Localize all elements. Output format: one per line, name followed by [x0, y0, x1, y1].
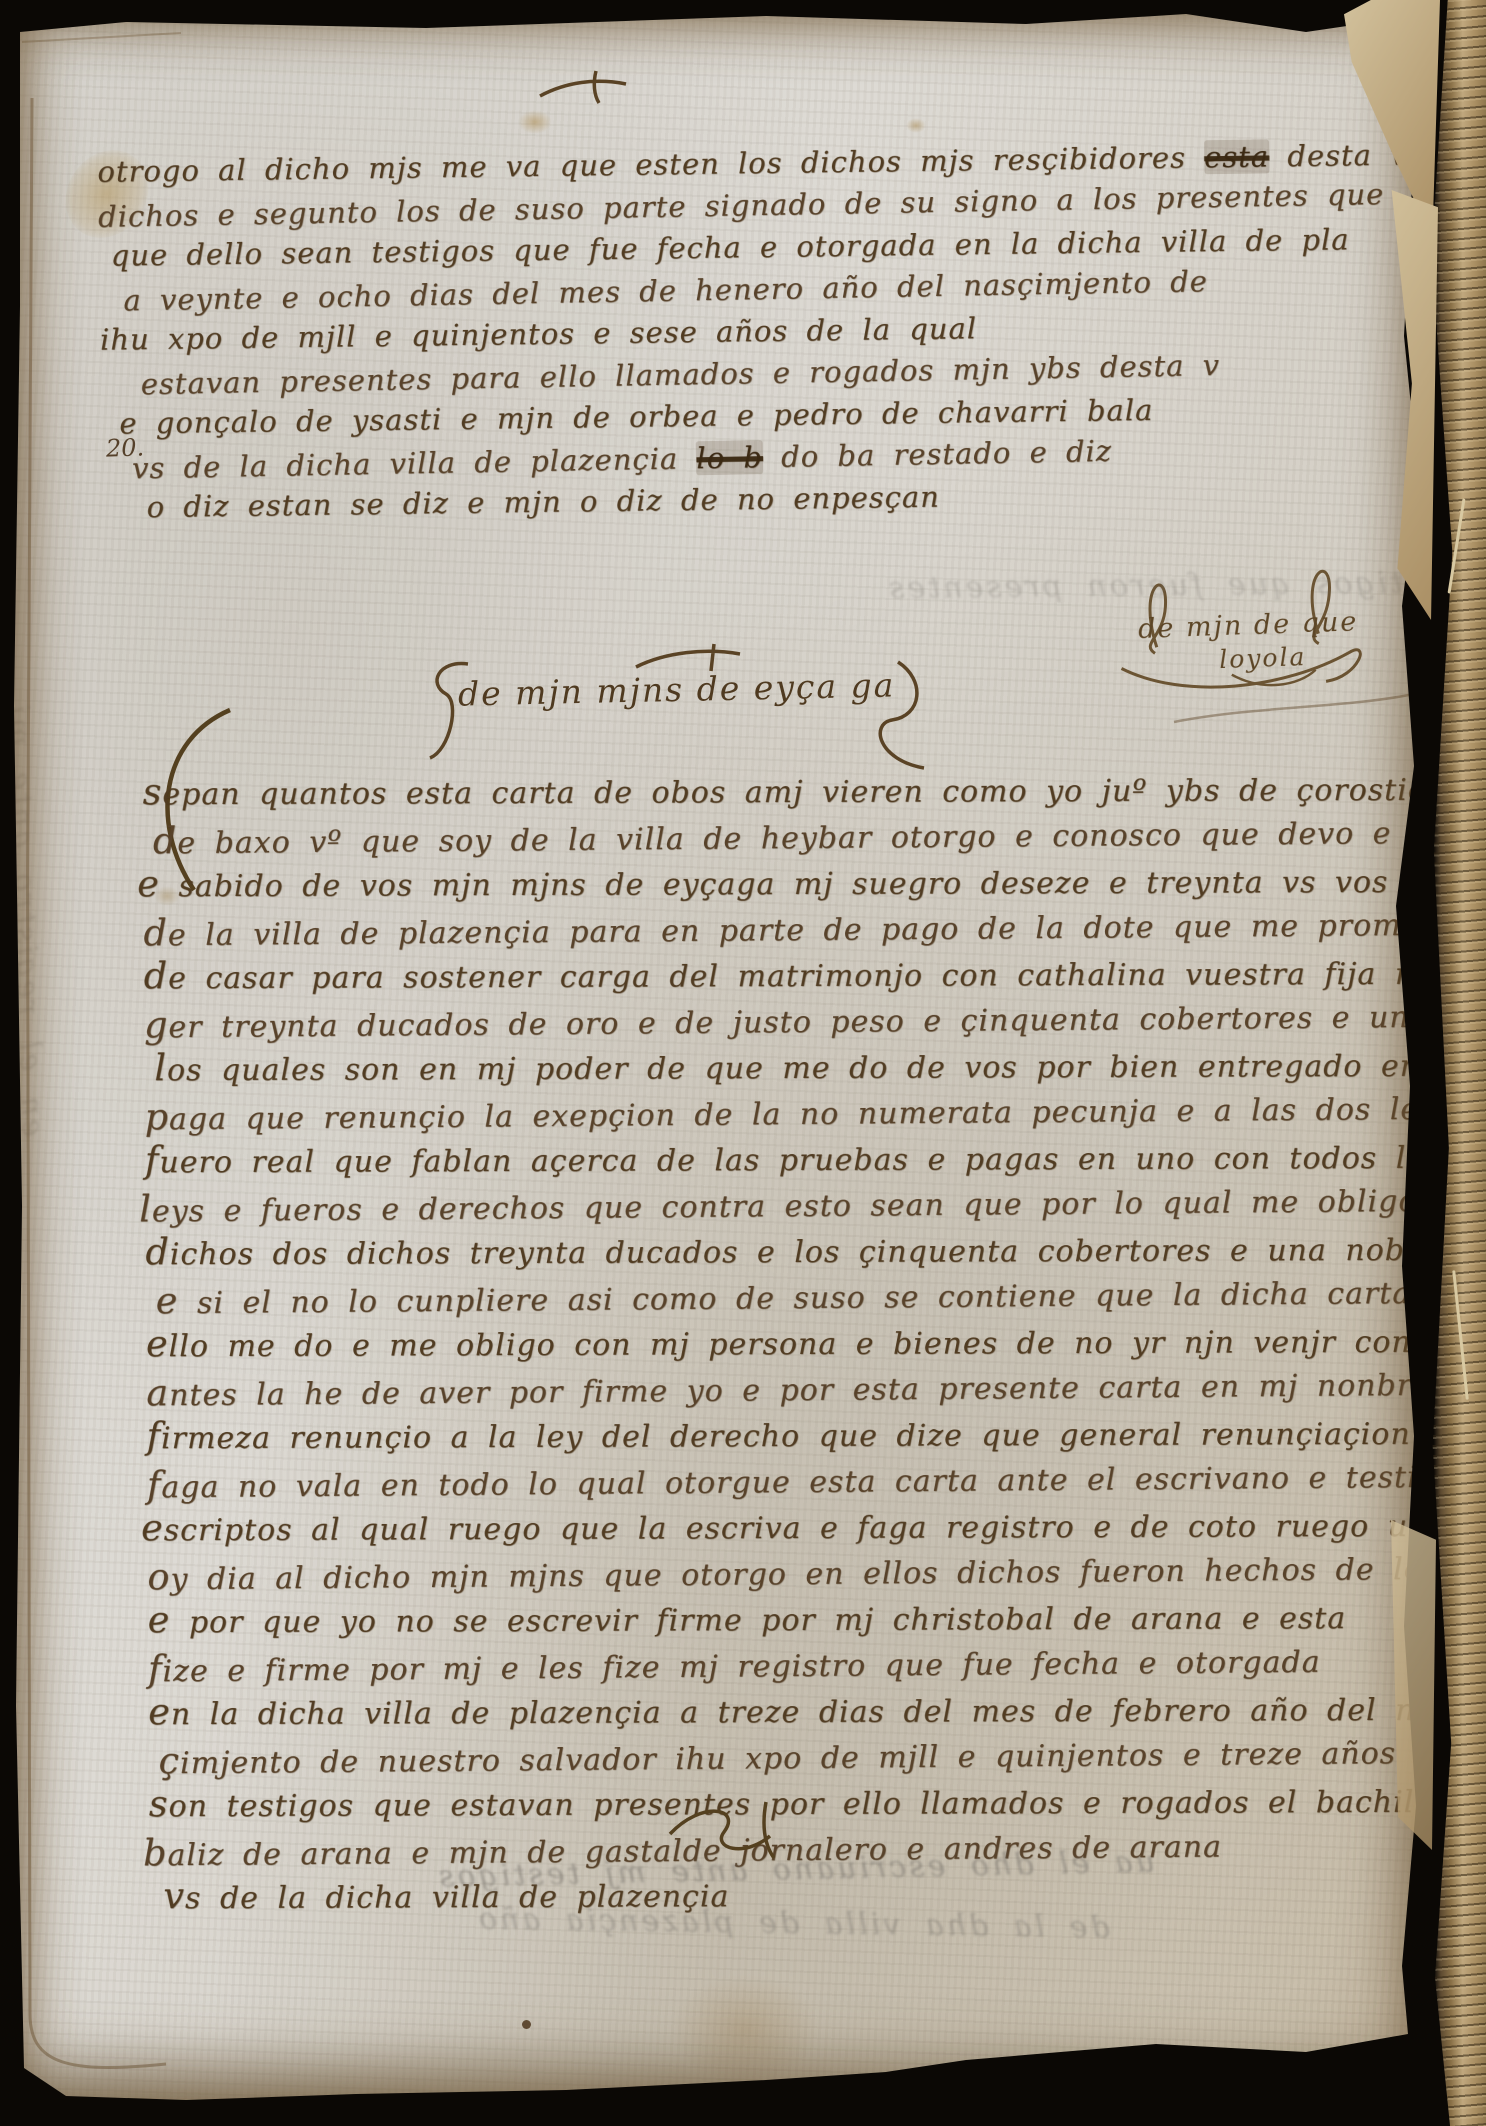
stain	[670, 1974, 820, 2084]
stain	[518, 110, 552, 134]
manuscript-line: escriptos al qual ruego que la escriva e…	[141, 1502, 1457, 1553]
manuscript-line: los quales son en mj poder de que me do …	[154, 1042, 1454, 1093]
manuscript-line: e sabido de vos mjn mjns de eyçaga mj su…	[137, 858, 1453, 909]
manuscript-line: e por que yo no se escrevir firme por mj…	[148, 1594, 1458, 1645]
manuscript-line: ello me do e me obligo con mj persona e …	[146, 1318, 1456, 1369]
notary-signature: de mjn de que loyola	[1107, 543, 1392, 703]
manuscript-page: otrogo al dicho mjs me va que esten los …	[6, 6, 1436, 2110]
manuscript-line: de baxo vº que soy de la villa de heybar…	[153, 809, 1453, 866]
closing-protocol-block: otrogo al dicho mjs me va que esten los …	[97, 132, 1433, 531]
signature-name-line: de mjn de que	[1138, 606, 1359, 645]
manuscript-line: fuero real que fablan açerca de las prue…	[145, 1134, 1455, 1185]
showthrough-text: en el registro ante mj	[0, 702, 50, 1137]
manuscript-line: vs de la dicha villa de plazençia	[163, 1870, 1459, 1921]
manuscript-line: dichos dos dichos treynta ducados e los …	[145, 1226, 1455, 1277]
manuscript-line: e si el no lo cunpliere asi como de suso…	[156, 1269, 1456, 1326]
top-tick-mark	[538, 68, 634, 110]
entry-heading: de mjn mjns de eyça ga	[458, 665, 896, 713]
book-page-edges	[1428, 0, 1486, 2126]
manuscript-line: son testigos que estavan presentes por e…	[149, 1778, 1459, 1829]
obligation-entry-block: sepan quantos esta carta de obos amj vie…	[142, 764, 1459, 1922]
stain	[906, 118, 926, 133]
signature-surname-line: loyola	[1219, 642, 1307, 674]
manuscript-line: ger treynta ducados de oro e de justo pe…	[144, 993, 1454, 1050]
margin-note: 20.	[106, 433, 145, 462]
manuscript-line: fize e firme por mj e les fize mj regist…	[148, 1637, 1458, 1694]
manuscript-line: oy dia al dicho mjn mjns que otorgo en e…	[147, 1545, 1457, 1602]
manuscript-line: de casar para sostener carga del matrimo…	[144, 950, 1454, 1001]
manuscript-line: antes la he de aver por firme yo e por e…	[146, 1361, 1456, 1418]
ink-spot	[522, 2020, 531, 2029]
manuscript-line: baliz de arana e mjn de gastalde jornale…	[143, 1821, 1459, 1878]
manuscript-line: paga que renunçio la exepçion de la no n…	[144, 1085, 1454, 1142]
manuscript-line: en la dicha villa de plazençia a treze d…	[148, 1686, 1458, 1737]
manuscript-line: sepan quantos esta carta de obos amj vie…	[143, 766, 1453, 817]
manuscript-scan: otrogo al dicho mjs me va que esten los …	[0, 0, 1486, 2126]
manuscript-line: faga no vala en todo lo qual otorgue est…	[147, 1453, 1457, 1510]
manuscript-line: leys e fueros e derechos que contra esto…	[139, 1177, 1455, 1234]
manuscript-line: çimjento de nuestro salvador ihu xpo de …	[158, 1729, 1458, 1786]
manuscript-line: firmeza renunçio a la ley del derecho qu…	[146, 1410, 1456, 1461]
manuscript-line: de la villa de plazençia para en parte d…	[143, 901, 1453, 958]
